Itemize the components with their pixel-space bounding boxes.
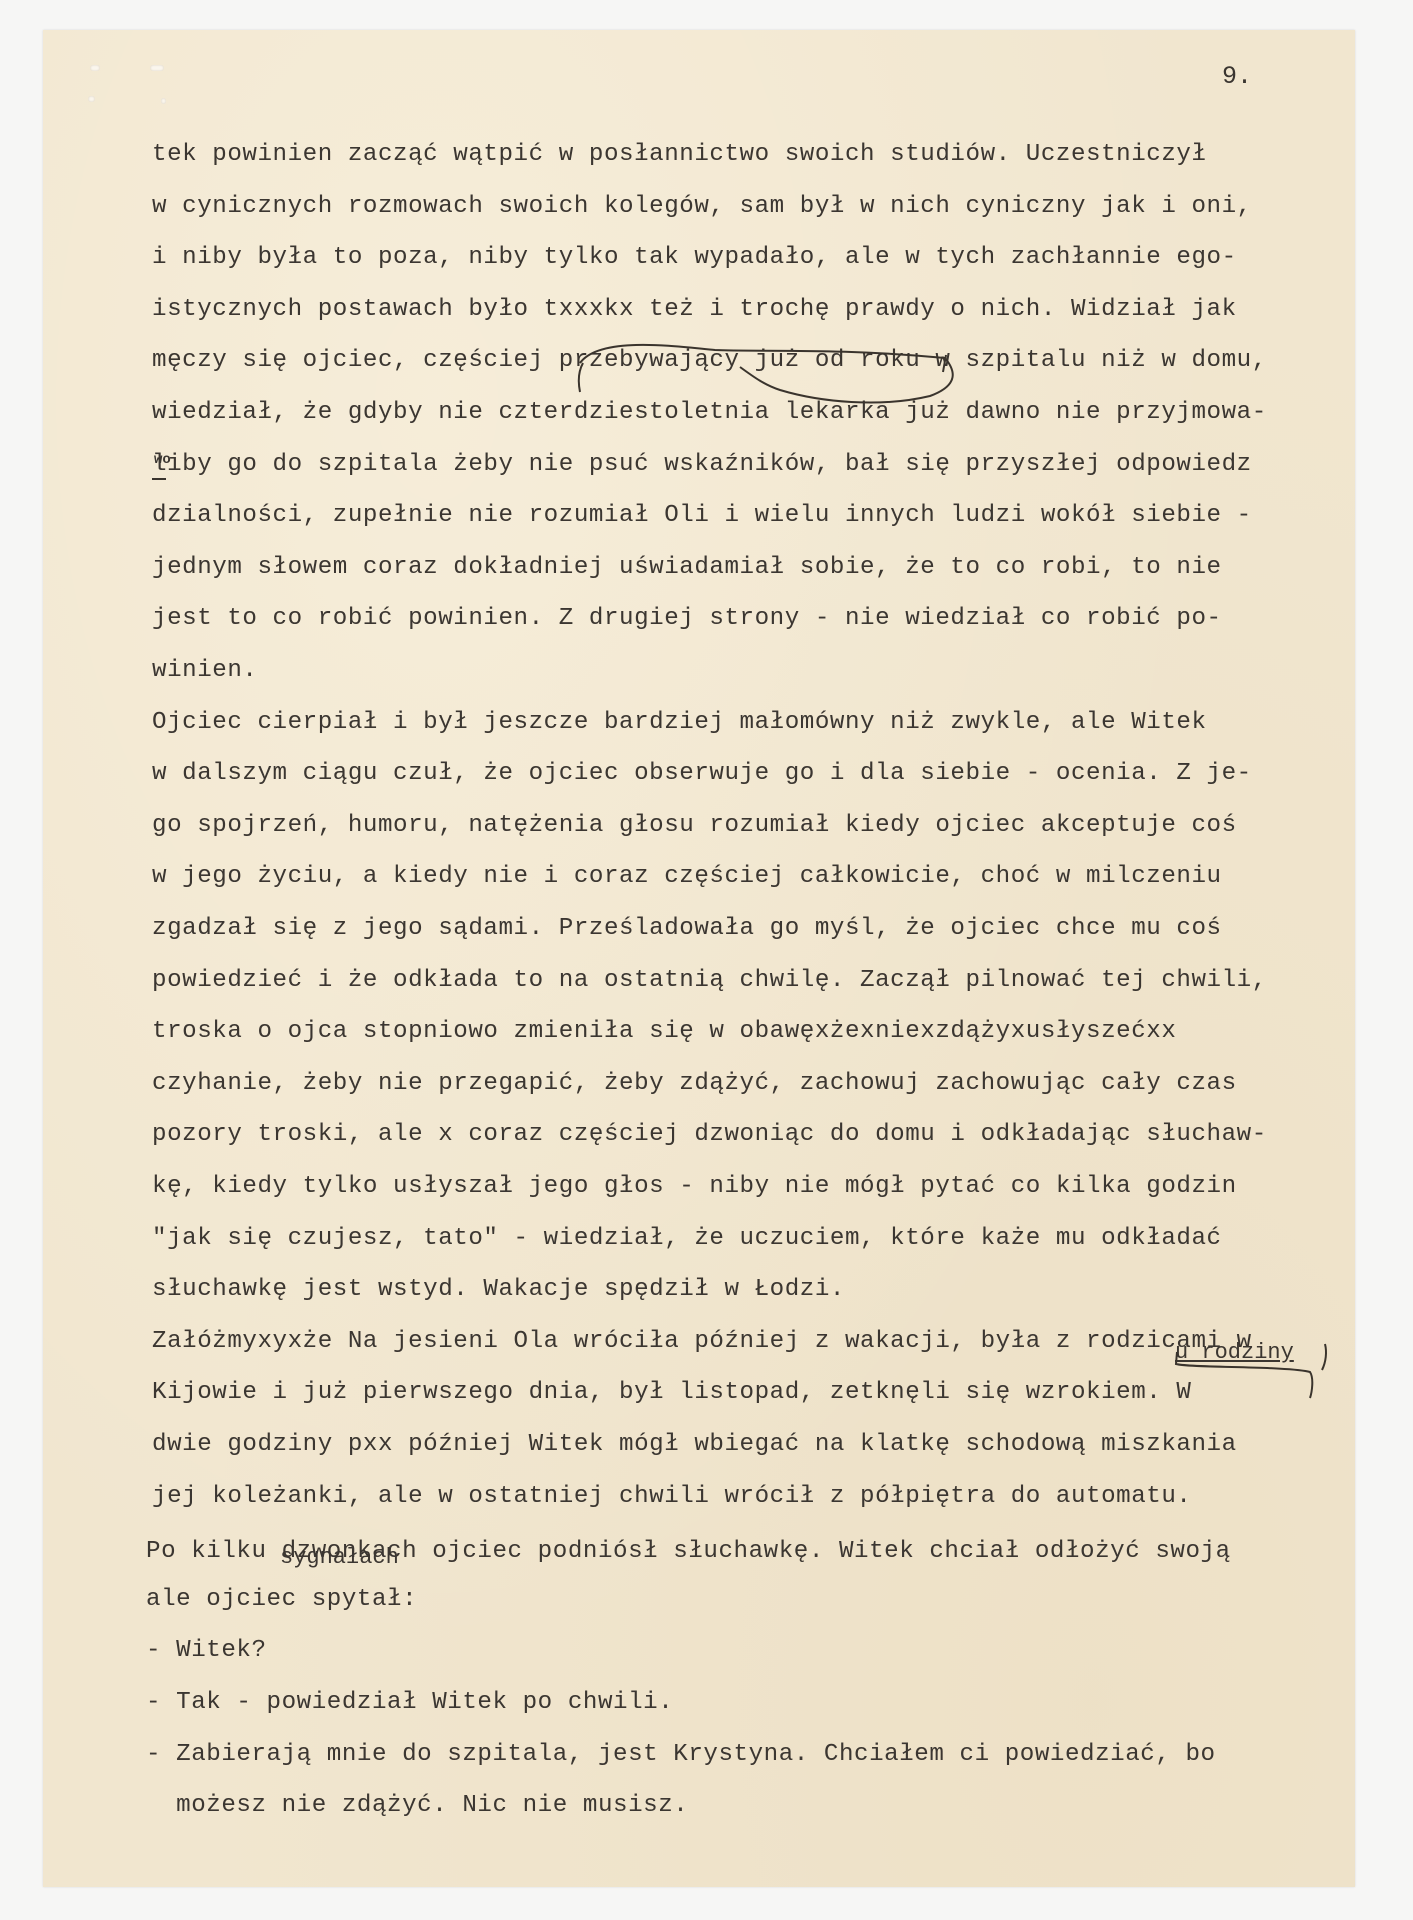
text-line: ale ojciec spytał: [146,1585,417,1615]
punch-hole [150,65,164,71]
text-line: powiedzieć i że odkłada to na ostatnią c… [152,966,1267,996]
text-line: dzialności, zupełnie nie rozumiał Oli i … [152,501,1252,531]
punch-hole [161,98,166,104]
text-line: w dalszym ciągu czuł, że ojciec obserwuj… [152,759,1252,789]
text-line: tek powinien zacząć wątpić w posłannictw… [152,140,1207,170]
text-line: męczy się ojciec, częściej przebywający … [152,346,1267,376]
text-line: troska o ojca stopniowo zmieniła się w o… [152,1017,1176,1047]
text-line: Ojciec cierpiał i był jeszcze bardziej m… [152,708,1207,738]
text-line: liby go do szpitala żeby nie psuć wskaźn… [152,450,1252,480]
text-line: możesz nie zdążyć. Nic nie musisz. [146,1791,688,1821]
text-line: Kijowie i już pierwszego dnia, był listo… [152,1378,1191,1408]
text-line: w jego życiu, a kiedy nie i coraz części… [152,862,1222,892]
text-line: - Witek? [146,1636,267,1666]
text-line: - Tak - powiedział Witek po chwili. [146,1688,673,1718]
text-line: jest to co robić powinien. Z drugiej str… [152,604,1222,634]
text-line: jednym słowem coraz dokładniej uświadami… [152,553,1222,583]
text-line: kę, kiedy tylko usłyszał jego głos - nib… [152,1172,1237,1202]
text-line: zgadzał się z jego sądami. Prześladowała… [152,914,1222,944]
punch-hole [90,65,100,71]
text-line: wiedział, że gdyby nie czterdziestoletni… [152,398,1267,428]
text-line: "jak się czujesz, tato" - wiedział, że u… [152,1224,1222,1254]
text-line: w cynicznych rozmowach swoich kolegów, s… [152,192,1252,222]
punch-hole [88,96,95,102]
text-line: i niby była to poza, niby tylko tak wypa… [152,243,1237,273]
text-line: jej koleżanki, ale w ostatniej chwili wr… [152,1482,1191,1512]
text-line: czyhanie, żeby nie przegapić, żeby zdąży… [152,1069,1237,1099]
text-line: pozory troski, ale x coraz częściej dzwo… [152,1120,1267,1150]
correction-wo: wo [154,449,171,471]
text-line: - Zabierają mnie do szpitala, jest Kryst… [146,1740,1216,1770]
text-line: winien. [152,656,257,686]
text-line: Załóżmyxyxże Na jesieni Ola wróciła późn… [152,1327,1252,1357]
text-line: dwie godziny pxx później Witek mógł wbie… [152,1430,1237,1460]
correction-u-rodziny: u rodziny [1175,1342,1294,1364]
text-line: słuchawkę jest wstyd. Wakacje spędził w … [152,1275,845,1305]
correction-sygnalach: sygnałach [280,1547,399,1569]
text-line: go spojrzeń, humoru, natężenia głosu roz… [152,811,1237,841]
page-number: 9. [1222,62,1252,91]
text-line: istycznych postawach było txxxkx też i t… [152,295,1237,325]
